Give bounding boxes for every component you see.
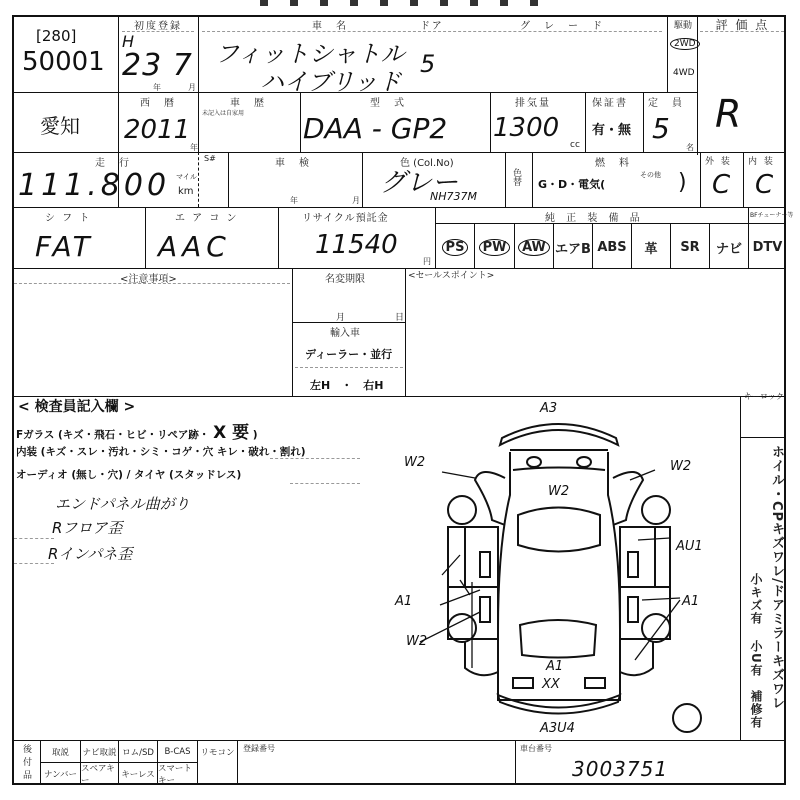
mileage-label: 走 行 [95,154,131,169]
repair-note: 補修有 [748,690,765,729]
equipment-airbag: エアB [554,227,592,267]
warranty-value: 有・無 [592,119,631,138]
audio-tire-line: オーディオ (無し・穴) / タイヤ (スタッドレス) [16,467,241,482]
region: 愛知 [40,110,80,139]
first-reg-value: 23 7 [122,48,193,83]
door-value: 5 [420,50,435,78]
glass-replace-needed: X 要 [213,423,249,443]
keylock-label: キーロック [744,391,784,402]
wheel-mirror-note: ホイル・CPキズワレ/ドアミラーキズワレ [767,445,786,710]
month-unit: 月 [188,82,196,93]
chassis-label: 車台番号 [520,743,552,754]
acc-bcas: B-CAS [158,741,197,762]
mark-front-a1: A1 [545,659,563,674]
fuel-options: G・D・電気( [538,176,605,192]
km-unit: km [178,186,194,197]
interior-value: C [755,170,773,200]
lot-label-small: [280] [36,27,76,45]
score-value: R [715,92,741,136]
acc-spare-key: スペアキー [81,763,118,784]
name-change-day: 日 [395,310,404,323]
interior-label: 内 装 [748,154,775,167]
mile-unit: マイル [176,172,197,182]
capacity-label: 定 員 [648,94,684,109]
model-value: DAA - GP2 [303,112,447,145]
shift-value: FAT [35,230,93,263]
reg-number-label: 登録番号 [243,743,275,754]
acc-remote: リモコン [198,741,237,762]
year-value: 2011 [124,115,190,145]
year-unit: 年 [153,82,161,93]
mark-bottom: A3U4 [539,721,575,736]
aircon-value: AAC [158,230,231,263]
equipment-leather: 革 [632,227,670,267]
mark-a1-left: A1 [394,594,412,609]
acc-navi-manual: ナビ取説 [81,741,118,762]
year-label: 西 暦 [122,94,194,109]
sales-point-label: <セールスポイント> [408,268,494,281]
odometer-swap-label: S# [204,154,216,163]
yen-unit: 円 [423,256,431,267]
equipment-label: 純 正 装 備 品 [545,209,644,224]
inspection-year: 年 [290,195,298,206]
mileage-value: 111.800 [18,168,170,203]
fuel-label: 燃 料 [595,154,631,169]
drive-label: 駆動 [670,18,696,31]
equipment-sunroof: SR [671,227,709,267]
small-dent-note: 小U有 [748,640,765,677]
fuel-options-text: G・D・電気( [538,178,605,191]
import-handle: 左H ・ 右H [310,377,383,393]
tuner-label: BFチューナー等 [750,210,793,219]
mark-a1-right: A1 [681,594,699,609]
capacity-unit: 名 [686,142,694,153]
color-change-label: 色替 [510,168,523,186]
equipment-abs: ABS [593,227,631,267]
acc-keyless: キーレス [119,763,157,784]
inspector-note-2: Rフロア歪 [52,517,122,538]
mark-w2-center: W2 [548,484,569,499]
fuel-close: ) [678,170,687,195]
lot-number: 50001 [22,47,105,77]
import-dealer: ディーラー・並行 [305,346,392,362]
mark-au1: AU1 [675,539,703,554]
small-scratch-note: 小キズ有 [748,573,765,625]
drive-2wd: 2WD [670,38,700,50]
year-unit-2: 年 [190,142,198,153]
glass-line-close: ) [253,429,258,441]
warranty-label: 保証書 [592,94,628,109]
car-name-line2: ハイブリッド [260,62,401,97]
door-label: ドア [420,17,444,32]
capacity-value: 5 [652,112,670,145]
glass-line: Fガラス (キズ・飛石・ヒビ・リペア跡・ X 要 ) [16,418,258,443]
grade-label: グ レ ー ド [520,17,604,32]
model-label: 型 式 [370,94,406,109]
car-damage-diagram: A3 W2 W2 W2 AU1 A1 A1 W2 A1 XX A3U4 [380,400,740,740]
displacement-label: 排気量 [515,94,551,109]
inspector-note-1: エンドパネル曲がり [55,493,190,514]
exterior-value: C [712,170,730,200]
first-reg-label: 初度登録 [122,17,194,32]
mark-w2-left: W2 [404,455,425,470]
color-code: NH737M [430,190,477,203]
inspector-note-3: Rインパネ歪 [48,543,132,564]
fuel-other: その他 [640,170,661,180]
exterior-label: 外 装 [705,154,732,167]
equipment-aw: AW [515,227,553,267]
shift-label: シ フ ト [45,209,91,224]
equipment-navi: ナビ [710,227,748,267]
cc-unit: cc [570,140,580,150]
equipment-ps: PS [436,227,474,267]
history-note: 未記入は自家用 [202,108,244,117]
equipment-pw: PW [475,227,514,267]
mark-w2-right: W2 [670,459,691,474]
recycle-label: リサイクル預託金 [302,209,389,224]
inspection-month: 月 [352,195,360,206]
history-label: 車 歴 [230,94,266,109]
mark-front-xx: XX [541,677,561,692]
inspector-title: < 検査員記入欄 > [18,396,135,416]
acc-number-plate: ナンバー [41,763,80,784]
acc-rom-sd: ロム/SD [119,741,157,762]
accessories-label: 後付品 [20,744,33,783]
mark-top: A3 [539,401,557,416]
car-name-label: 車 名 [270,17,390,32]
inspection-label: 車 検 [275,154,311,169]
chassis-value: 3003751 [572,757,668,781]
aircon-label: エ ア コ ン [175,209,239,224]
displacement-value: 1300 [493,113,559,143]
drive-4wd: 4WD [673,68,695,78]
name-change-label: 名変期限 [325,270,365,285]
sheet-title-bar [260,0,560,6]
interior-condition-line: 内装 (キズ・スレ・汚れ・シミ・コゲ・穴 キレ・破れ・割れ) [16,444,306,459]
recycle-value: 11540 [315,230,398,260]
acc-manual: 取説 [41,741,80,762]
equipment-dtv: DTV [749,227,786,267]
acc-smart-key: スマートキー [158,763,197,784]
name-change-month: 月 [336,310,345,323]
import-label: 輸入車 [330,324,360,339]
glass-line-text: Fガラス (キズ・飛石・ヒビ・リペア跡・ [16,429,209,441]
mark-w2-bottom: W2 [406,634,427,649]
